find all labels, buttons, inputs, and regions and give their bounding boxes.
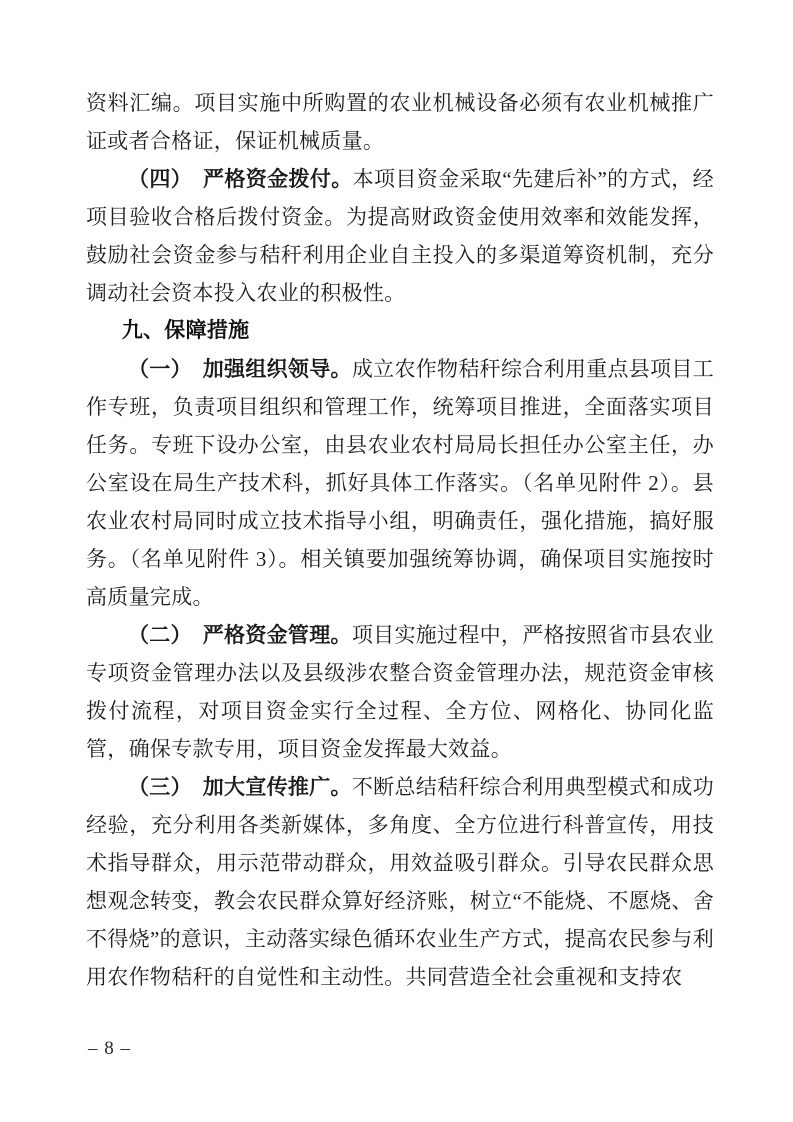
paragraph-lead: （四） 严格资金拨付。 <box>128 167 353 191</box>
text-run: 九、保障措施 <box>122 319 250 342</box>
text-run: 成立农作物秸秆综合利用重点县项目工作专班，负责项目组织和管理工作，统筹项目推进，… <box>86 357 714 609</box>
page-number: – 8 – <box>88 1038 131 1059</box>
text-run: 资料汇编。项目实施中所购置的农业机械设备必须有农业机械推广证或者合格证，保证机械… <box>86 91 714 153</box>
paragraph: （一） 加强组织领导。成立农作物秸秆综合利用重点县项目工作专班，负责项目组织和管… <box>86 350 714 616</box>
paragraph: 资料汇编。项目实施中所购置的农业机械设备必须有农业机械推广证或者合格证，保证机械… <box>86 84 714 160</box>
paragraph: （四） 严格资金拨付。本项目资金采取“先建后补”的方式，经项目验收合格后拨付资金… <box>86 160 714 312</box>
paragraph-lead: （一） 加强组织领导。 <box>128 357 352 381</box>
document-page: 资料汇编。项目实施中所购置的农业机械设备必须有农业机械推广证或者合格证，保证机械… <box>0 0 793 1122</box>
paragraph: （三） 加大宣传推广。不断总结秸秆综合利用典型模式和成功经验，充分利用各类新媒体… <box>86 768 714 996</box>
paragraph: （二） 严格资金管理。项目实施过程中，严格按照省市县农业专项资金管理办法以及县级… <box>86 616 714 768</box>
section-heading: 九、保障措施 <box>86 312 714 350</box>
paragraph-lead: （二） 严格资金管理。 <box>128 623 352 647</box>
document-body: 资料汇编。项目实施中所购置的农业机械设备必须有农业机械推广证或者合格证，保证机械… <box>86 84 714 996</box>
paragraph-lead: （三） 加大宣传推广。 <box>128 775 352 799</box>
page-footer: – 8 – <box>88 1036 131 1062</box>
text-run: 不断总结秸秆综合利用典型模式和成功经验，充分利用各类新媒体，多角度、全方位进行科… <box>86 775 714 989</box>
